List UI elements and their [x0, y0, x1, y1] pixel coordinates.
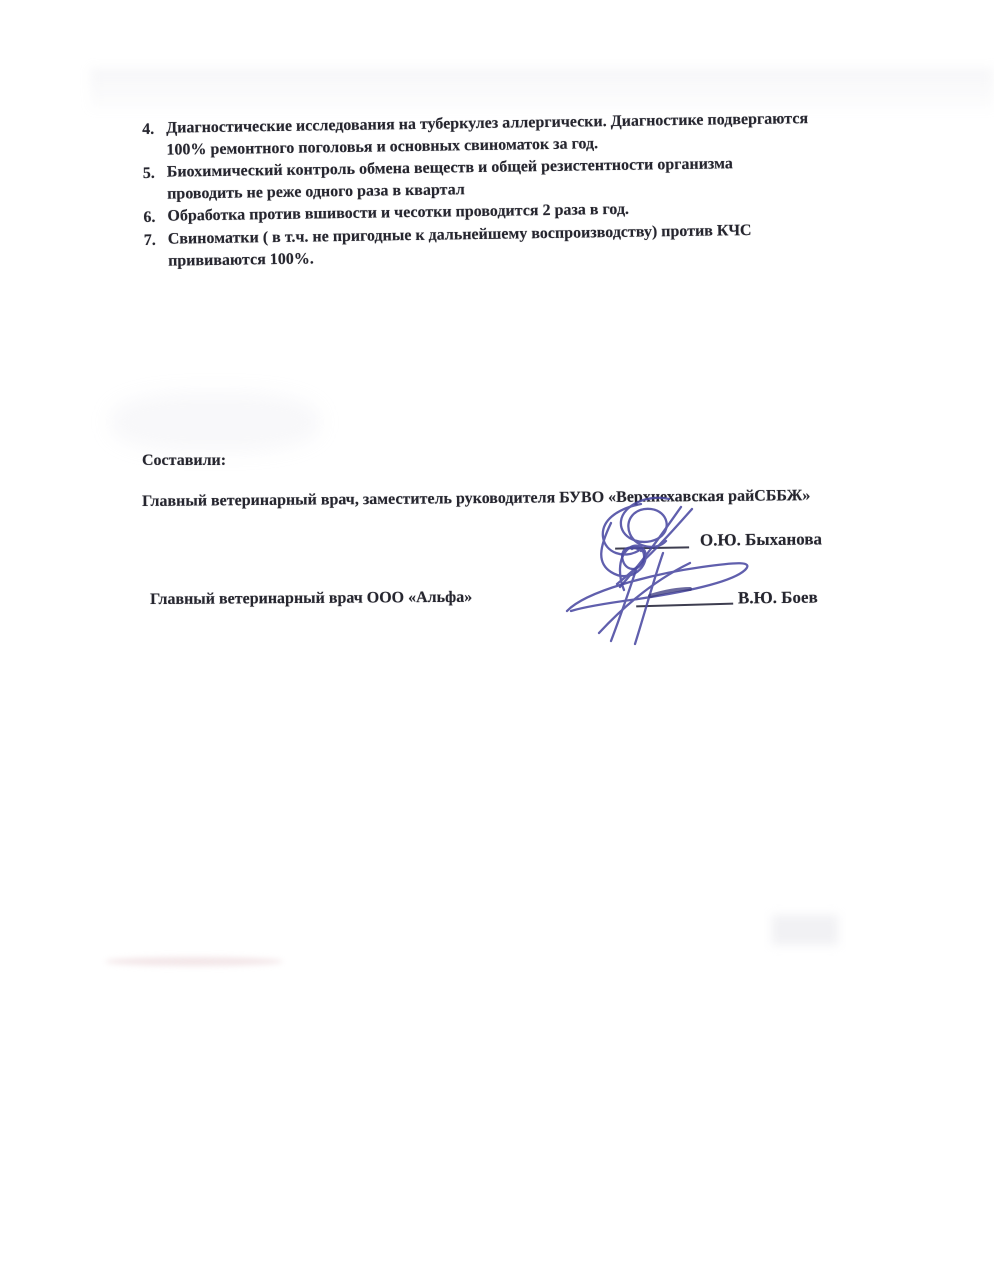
ink-group — [567, 498, 747, 644]
list-item-text: Свиноматки ( в т.ч. не пригодные к дальн… — [168, 218, 865, 272]
list-item-number: 7. — [144, 229, 169, 273]
scan-artifact-smudge — [105, 957, 283, 966]
signature-boev — [567, 547, 747, 644]
scan-artifact-smudge — [110, 392, 320, 452]
signatory-name-bykhanova: О.Ю. Быханова — [700, 529, 822, 550]
scanned-document-page: 4. Диагностические исследования на тубер… — [0, 0, 994, 1287]
scan-artifact-band — [90, 68, 994, 110]
scan-artifact-smudge — [772, 915, 838, 945]
signatory-title-boev: Главный ветеринарный врач ООО «Альфа» — [150, 589, 472, 609]
signature-boev-pressed-stroke — [650, 589, 690, 596]
signatory-name-boev: В.Ю. Боев — [738, 588, 818, 609]
handwritten-signatures — [540, 480, 790, 660]
signature-line-bykhanova — [615, 532, 689, 549]
signature-bykhanova — [601, 498, 692, 590]
compiled-by-label: Составили: — [142, 452, 226, 470]
numbered-list: 4. Диагностические исследования на тубер… — [142, 107, 864, 273]
list-item-number: 6. — [143, 206, 167, 229]
signatory-title-bykhanova: Главный ветеринарный врач, заместитель р… — [142, 487, 882, 511]
signature-line-boev — [636, 589, 733, 608]
list-item-number: 5. — [143, 162, 168, 206]
list-item-7: 7. Свиноматки ( в т.ч. не пригодные к да… — [144, 218, 865, 273]
list-item-number: 4. — [142, 118, 167, 162]
